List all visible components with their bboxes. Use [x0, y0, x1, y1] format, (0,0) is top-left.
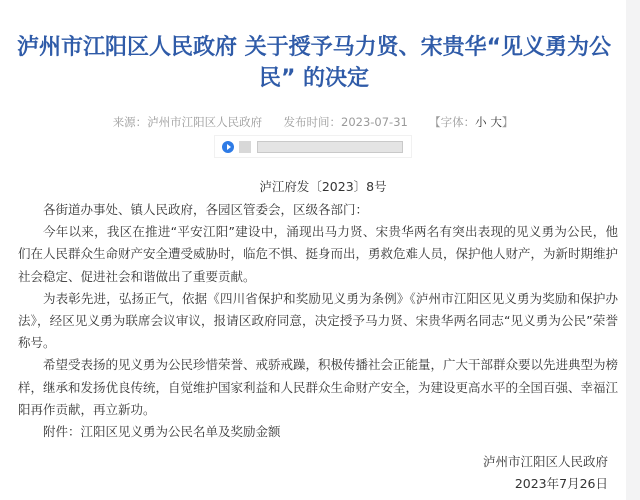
font-size-label: 【字体：	[429, 114, 475, 130]
scrollbar-track[interactable]	[626, 0, 640, 500]
paragraph: 为表彰先进，弘扬正气，依据《四川省保护和奖励见义勇为条例》《泸州市江阳区见义勇为…	[18, 288, 618, 355]
article-title: 泸州市江阳区人民政府 关于授予马力贤、宋贵华“见义勇为公民” 的决定	[14, 32, 614, 94]
audio-player	[214, 135, 412, 158]
paragraph: 希望受表扬的见义勇为公民珍惜荣誉、戒骄戒躁，积极传播社会正能量，广大干部群众要以…	[18, 354, 618, 421]
font-size-small-button[interactable]: 小	[475, 114, 487, 130]
publish-time-value: 2023-07-31	[341, 114, 408, 130]
document-number: 泸江府发〔2023〕8号	[0, 178, 640, 196]
audio-progress-bar[interactable]	[257, 141, 403, 153]
font-size-large-button[interactable]: 大	[490, 114, 502, 130]
issue-date: 2023年7月26日	[308, 473, 608, 495]
stop-icon[interactable]	[239, 141, 251, 153]
article-page: 泸州市江阳区人民政府 关于授予马力贤、宋贵华“见义勇为公民” 的决定 来源：泸州…	[0, 0, 626, 500]
article-body: 各街道办事处、镇人民政府，各园区管委会，区级各部门： 今年以来，我区在推进“平安…	[18, 199, 618, 443]
play-icon[interactable]	[222, 141, 234, 153]
source-label: 来源：	[113, 114, 148, 130]
attachment-note: 附件：江阳区见义勇为公民名单及奖励金额	[18, 421, 618, 443]
font-size-close-bracket: 】	[502, 114, 514, 130]
signature-block: 泸州市江阳区人民政府 2023年7月26日	[308, 451, 608, 495]
issuer: 泸州市江阳区人民政府	[308, 451, 608, 473]
source-value: 泸州市江阳区人民政府	[147, 114, 262, 130]
publish-time-label: 发布时间：	[284, 114, 342, 130]
article-meta: 来源：泸州市江阳区人民政府 发布时间：2023-07-31 【字体：小 大】	[0, 114, 626, 130]
paragraph: 今年以来，我区在推进“平安江阳”建设中，涌现出马力贤、宋贵华两名有突出表现的见义…	[18, 221, 618, 288]
salutation: 各街道办事处、镇人民政府，各园区管委会，区级各部门：	[18, 199, 618, 221]
font-size-switch: 【字体：小 大】	[429, 114, 513, 130]
